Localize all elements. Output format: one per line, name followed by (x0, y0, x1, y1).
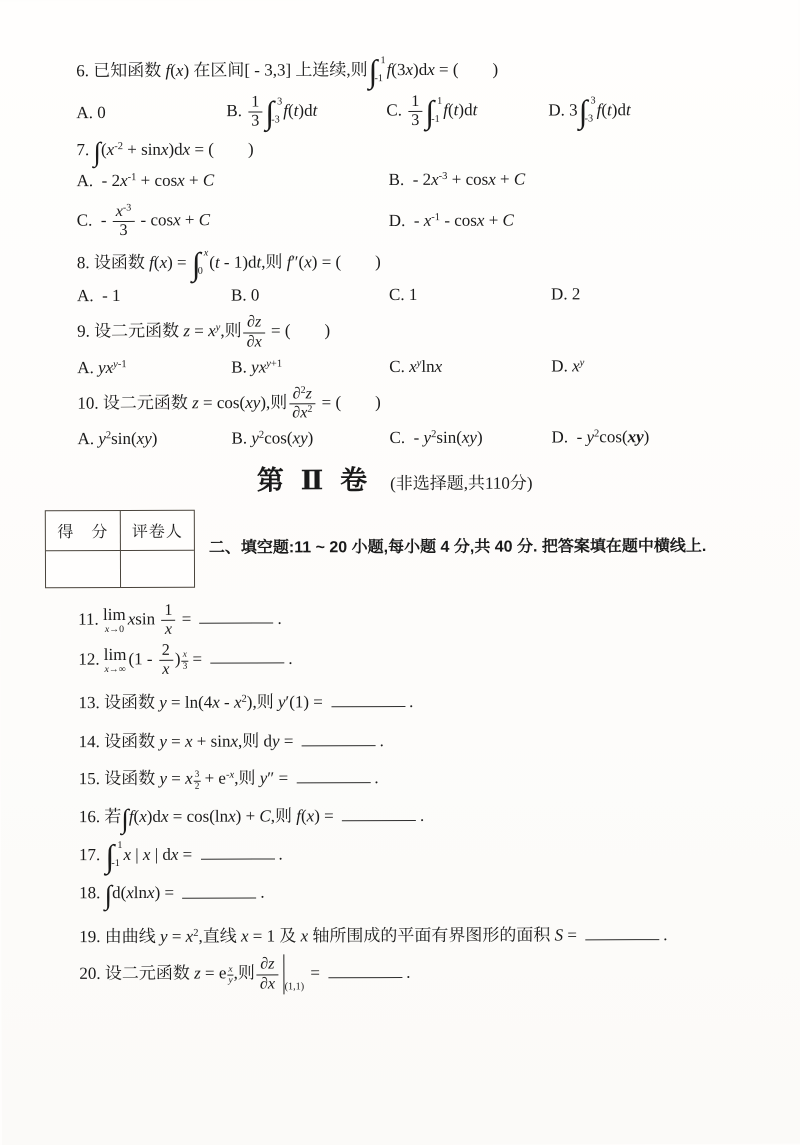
fill-in-header-row: 得 分 评卷人 二、填空题:11 ~ 20 小题,每小题 4 分,共 40 分.… (45, 508, 762, 589)
score-box-score-label: 得 分 (46, 511, 121, 551)
question-8-stem: 8. 设函数 f(x) = ∫x0(t - 1)dt,则 f″(x) = ( ) (77, 246, 771, 281)
score-box: 得 分 评卷人 (45, 509, 195, 588)
question-7-option-b: B. - 2x-3 + cosx + C (389, 169, 771, 190)
question-7-option-a: A. - 2x-1 + cosx + C (77, 170, 389, 191)
question-19-text: 19. 由曲线 y = x2,直线 x = 1 及 x 轴所围成的平面有界图形的… (79, 920, 667, 947)
section-2-subtitle: (非选择题,共110分) (390, 468, 533, 493)
score-box-score-cell (46, 551, 121, 587)
question-10-option-a: A. y2sin(xy) (77, 428, 231, 449)
question-10-option-b: B. y2cos(xy) (231, 428, 389, 449)
question-20-text: 20. 设二元函数 z = exy,则∂z∂x(1,1) = . (79, 954, 410, 995)
question-20: 20. 设二元函数 z = exy,则∂z∂x(1,1) = . (79, 953, 773, 995)
question-9-option-a: A. yxy-1 (77, 357, 231, 378)
question-17: 17. ∫1-1x | x | dx = . (79, 836, 773, 874)
question-8-option-a: A. - 1 (77, 286, 231, 307)
fill-in-section: 11. limx→0xsin 1x = . 12. limx→∞(1 - 2x)… (78, 599, 773, 995)
question-9-option-d: D. xy (551, 355, 771, 376)
question-19: 19. 由曲线 y = x2,直线 x = 1 及 x 轴所围成的平面有界图形的… (79, 914, 773, 952)
question-7-option-c: C. - x-33 - cosx + C (77, 202, 389, 240)
question-9: 9. 设二元函数 z = xy,则∂z∂x = ( ) A. yxy-1 B. … (77, 312, 771, 378)
question-6-option-a: A. 0 (76, 102, 226, 123)
question-17-text: 17. ∫1-1x | x | dx = . (79, 839, 283, 872)
question-10-stem: 10. 设二元函数 z = cos(xy),则∂2z∂x2 = ( ) (77, 383, 771, 423)
question-9-option-c: C. xylnx (389, 356, 551, 377)
question-8-option-c: C. 1 (389, 285, 551, 306)
question-11: 11. limx→0xsin 1x = . (78, 599, 772, 639)
score-box-grader-label: 评卷人 (121, 511, 194, 551)
question-12-text: 12. limx→∞(1 - 2x)x3 = . (78, 641, 292, 679)
section-2-header: 第 Ⅱ 卷 (非选择题,共110分) (58, 457, 732, 498)
question-10-option-c: C. - y2sin(xy) (389, 427, 551, 448)
question-6-option-d: D. 3∫3-3f(t)dt (548, 94, 770, 127)
fill-in-instructions: 二、填空题:11 ~ 20 小题,每小题 4 分,共 40 分. 把答案填在题中… (209, 535, 762, 559)
question-14-text: 14. 设函数 y = x + sinx,则 dy = . (79, 726, 384, 752)
question-8-option-b: B. 0 (231, 285, 389, 306)
question-11-text: 11. limx→0xsin 1x = . (78, 601, 282, 639)
question-13: 13. 设函数 y = ln(4x - x2),则 y′(1) = . (78, 680, 772, 718)
score-box-grader-cell (121, 551, 194, 587)
question-6-options: A. 0 B. 13∫3-3f(t)dt C. 13∫1-1f(t)dt D. … (76, 92, 770, 132)
question-6-option-b: B. 13∫3-3f(t)dt (226, 93, 386, 131)
section-2-title: 第 Ⅱ 卷 (257, 458, 372, 497)
question-7-stem: 7. ∫(x-2 + sinx)dx = ( ) (76, 137, 770, 165)
question-6: 6. 已知函数 f(x) 在区间[ - 3,3] 上连续,则∫1-1f(3x)d… (76, 54, 770, 132)
question-18-text: 18. ∫d(xlnx) = . (79, 882, 265, 908)
question-6-stem: 6. 已知函数 f(x) 在区间[ - 3,3] 上连续,则∫1-1f(3x)d… (76, 54, 770, 89)
question-15-text: 15. 设函数 y = x32 + e-x,则 y″ = . (79, 763, 379, 792)
exam-paper-page: 6. 已知函数 f(x) 在区间[ - 3,3] 上连续,则∫1-1f(3x)d… (0, 0, 800, 1145)
question-7-options: A. - 2x-1 + cosx + C B. - 2x-3 + cosx + … (77, 169, 771, 241)
question-9-option-b: B. yxy+1 (231, 357, 389, 378)
question-14: 14. 设函数 y = x + sinx,则 dy = . (79, 719, 773, 757)
question-12: 12. limx→∞(1 - 2x)x3 = . (78, 640, 772, 680)
question-13-text: 13. 设函数 y = ln(4x - x2),则 y′(1) = . (78, 687, 413, 713)
question-7-option-d: D. - x-1 - cosx + C (389, 209, 771, 230)
multiple-choice-section: 6. 已知函数 f(x) 在区间[ - 3,3] 上连续,则∫1-1f(3x)d… (76, 54, 771, 449)
question-15: 15. 设函数 y = x32 + e-x,则 y″ = . (79, 758, 773, 796)
question-10: 10. 设二元函数 z = cos(xy),则∂2z∂x2 = ( ) A. y… (77, 383, 771, 449)
question-7: 7. ∫(x-2 + sinx)dx = ( ) A. - 2x-1 + cos… (76, 137, 770, 240)
question-6-option-c: C. 13∫1-1f(t)dt (386, 93, 548, 131)
question-10-option-d: D. - y2cos(xy) (551, 426, 771, 447)
question-16-text: 16. 若∫f(x)dx = cos(lnx) + C,则 f(x) = . (79, 801, 424, 832)
question-8-option-d: D. 2 (551, 284, 771, 305)
question-16: 16. 若∫f(x)dx = cos(lnx) + C,则 f(x) = . (79, 797, 773, 835)
question-18: 18. ∫d(xlnx) = . (79, 875, 773, 913)
question-10-options: A. y2sin(xy) B. y2cos(xy) C. - y2sin(xy)… (77, 426, 771, 448)
question-8-options: A. - 1 B. 0 C. 1 D. 2 (77, 284, 771, 306)
question-9-options: A. yxy-1 B. yxy+1 C. xylnx D. xy (77, 355, 771, 377)
question-8: 8. 设函数 f(x) = ∫x0(t - 1)dt,则 f″(x) = ( )… (77, 246, 771, 307)
question-9-stem: 9. 设二元函数 z = xy,则∂z∂x = ( ) (77, 312, 771, 352)
